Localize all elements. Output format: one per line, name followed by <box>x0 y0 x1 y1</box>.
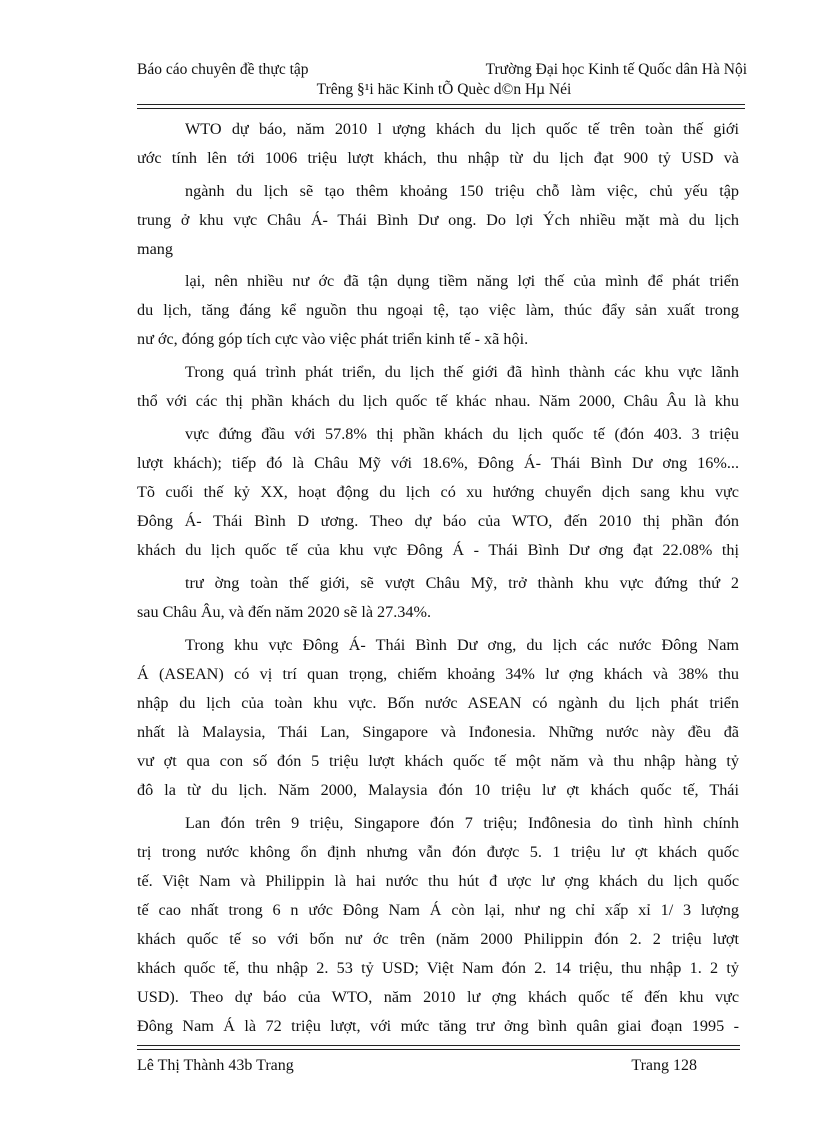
text-line: USD). Theo dự báo của WTO, năm 2010 lư ợ… <box>137 986 739 1008</box>
text-line: Đông Nam Á là 72 triệu lượt, với mức tăn… <box>137 1015 739 1037</box>
text-line: tế. Việt Nam và Philippin là hai nước th… <box>137 870 739 892</box>
text-line: đô la từ du lịch. Năm 2000, Malaysia đón… <box>137 779 739 801</box>
text-line: thổ với các thị phần khách du lịch quốc … <box>137 390 739 412</box>
text-line: Á (ASEAN) có vị trí quan trọng, chiếm kh… <box>137 663 739 685</box>
text-line: nư ớc, đóng góp tích cực vào việc phát t… <box>137 328 739 350</box>
text-line: du lịch, tăng đáng kể nguồn thu ngoại tệ… <box>137 299 739 321</box>
footer-divider <box>137 1045 740 1050</box>
text-line: nhập du lịch của toàn khu vực. Bốn nước … <box>137 692 739 714</box>
footer-author: Lê Thị Thành 43b Trang <box>137 1055 294 1077</box>
page-header: Báo cáo chuyên đề thực tập Trường Đại họ… <box>137 60 747 100</box>
page-number: Trang 128 <box>631 1055 697 1077</box>
text-line: mang <box>137 238 739 260</box>
text-line: WTO dự báo, năm 2010 l ượng khách du lịc… <box>185 118 739 140</box>
text-line: Trong quá trình phát triển, du lịch thế … <box>185 361 739 383</box>
header-title-row: Báo cáo chuyên đề thực tập Trường Đại họ… <box>137 60 747 80</box>
text-line: ngành du lịch sẽ tạo thêm khoảng 150 tri… <box>185 180 739 202</box>
page-footer: Lê Thị Thành 43b Trang Trang 128 <box>137 1055 697 1077</box>
text-line: Trong khu vực Đông Á- Thái Bình Dư ơng, … <box>185 634 739 656</box>
text-line: lượt khách); tiếp đó là Châu Mỹ với 18.6… <box>137 452 739 474</box>
text-line: khách quốc tế so với bốn nư ớc trên (năm… <box>137 928 739 950</box>
header-university-name: Trường Đại học Kinh tế Quốc dân Hà Nội <box>486 60 747 80</box>
text-line: vư ợt qua con số đón 5 triệu lượt khách … <box>137 750 739 772</box>
text-line: vực đứng đầu với 57.8% thị phần khách du… <box>185 423 739 445</box>
header-garbled-university-name: Trêng §¹i häc Kinh tÕ Quèc d©n Hµ Néi <box>137 80 747 100</box>
text-line: nhất là Malaysia, Thái Lan, Singapore và… <box>137 721 739 743</box>
text-line: Tõ cuối thế kỷ XX, hoạt động du lịch có … <box>137 481 739 503</box>
text-line: trư ờng toàn thế giới, sẽ vượt Châu Mỹ, … <box>185 572 739 594</box>
text-line: ước tính lên tới 1006 triệu lượt khách, … <box>137 147 739 169</box>
text-line: lại, nên nhiều nư ớc đã tận dụng tiềm nă… <box>185 270 739 292</box>
text-line: tế cao nhất trong 6 n ước Đông Nam Á còn… <box>137 899 739 921</box>
header-divider <box>137 104 745 109</box>
text-line: khách du lịch quốc tế của khu vực Đông Á… <box>137 539 739 561</box>
text-line: trung ở khu vực Châu Á- Thái Bình Dư ong… <box>137 209 739 231</box>
text-line: Đông Á- Thái Bình D ương. Theo dự báo củ… <box>137 510 739 532</box>
text-line: trị trong nước không ổn định nhưng vẫn đ… <box>137 841 739 863</box>
header-report-title: Báo cáo chuyên đề thực tập <box>137 60 309 80</box>
text-line: khách quốc tế, thu nhập 2. 53 tỷ USD; Vi… <box>137 957 739 979</box>
text-line: sau Châu Âu, và đến năm 2020 sẽ là 27.34… <box>137 601 739 623</box>
text-line: Lan đón trên 9 triệu, Singapore đón 7 tr… <box>185 812 739 834</box>
